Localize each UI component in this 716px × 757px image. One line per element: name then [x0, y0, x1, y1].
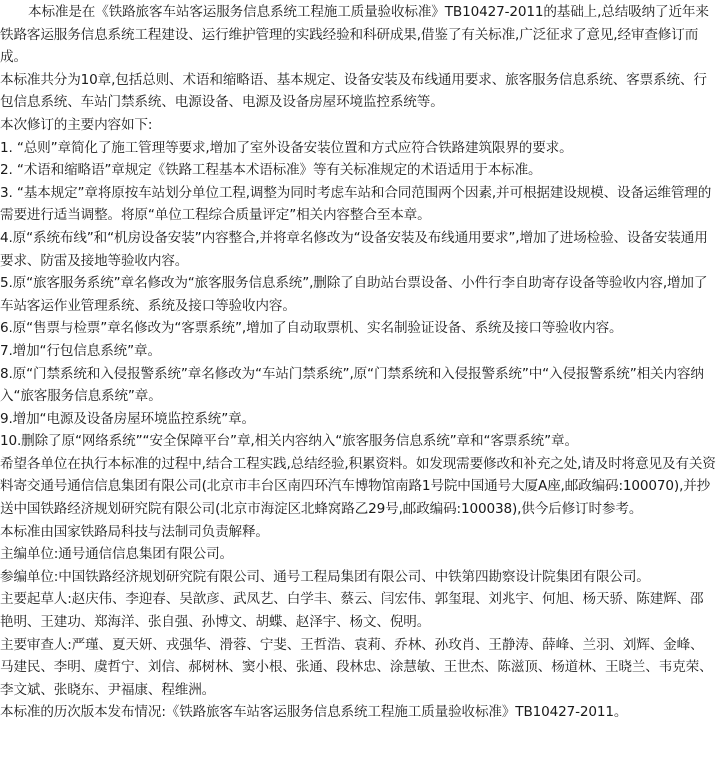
revision-item-1: 1. “总则”章简化了施工管理等要求,增加了室外设备安装位置和方式应符合铁路建筑…	[0, 137, 716, 160]
revision-item-5: 5.原“旅客服务系统”章名修改为“旅客服务信息系统”,删除了自助站台票设备、小件…	[0, 272, 716, 317]
revision-item-8: 8.原“门禁系统和入侵报警系统”章名修改为“车站门禁系统”,原“门禁系统和入侵报…	[0, 363, 716, 408]
main-reviewers: 主要审查人:严瑾、夏天妍、戎强华、滑蓉、宁斐、王哲浩、袁莉、乔林、孙玫肖、王静涛…	[0, 634, 716, 702]
revision-item-6: 6.原“售票与检票”章名修改为“客票系统”,增加了自动取票机、实名制验证设备、系…	[0, 317, 716, 340]
chapters-paragraph: 本标准共分为10章,包括总则、术语和缩略语、基本规定、设备安装及布线通用要求、旅…	[0, 69, 716, 114]
revision-heading: 本次修订的主要内容如下:	[0, 114, 716, 137]
revision-item-3: 3. “基本规定”章将原按车站划分单位工程,调整为同时考虑车站和合同范围两个因素…	[0, 182, 716, 227]
chief-editor-unit: 主编单位:通号通信信息集团有限公司。	[0, 543, 716, 566]
feedback-paragraph: 希望各单位在执行本标准的过程中,结合工程实践,总结经验,积累资料。如发现需要修改…	[0, 453, 716, 521]
revision-item-7: 7.增加“行包信息系统”章。	[0, 340, 716, 363]
revision-item-9: 9.增加“电源及设备房屋环境监控系统”章。	[0, 408, 716, 431]
main-drafters: 主要起草人:赵庆伟、李迎春、吴歆彦、武凤艺、白学丰、蔡云、闫宏伟、郭玺琨、刘兆宇…	[0, 588, 716, 633]
version-history: 本标准的历次版本发布情况:《铁路旅客车站客运服务信息系统工程施工质量验收标准》T…	[0, 701, 716, 724]
revision-item-10: 10.删除了原“网络系统”“安全保障平台”章,相关内容纳入“旅客服务信息系统”章…	[0, 430, 716, 453]
revision-item-4: 4.原“系统布线”和“机房设备安装”内容整合,并将章名修改为“设备安装及布线通用…	[0, 227, 716, 272]
revision-item-2: 2. “术语和缩略语”章规定《铁路工程基本术语标准》等有关标准规定的术语适用于本…	[0, 159, 716, 182]
participating-units: 参编单位:中国铁路经济规划研究院有限公司、通号工程局集团有限公司、中铁第四勘察设…	[0, 566, 716, 589]
interpretation-paragraph: 本标准由国家铁路局科技与法制司负责解释。	[0, 521, 716, 544]
document-body: 本标准是在《铁路旅客车站客运服务信息系统工程施工质量验收标准》TB10427-2…	[0, 0, 716, 724]
intro-paragraph: 本标准是在《铁路旅客车站客运服务信息系统工程施工质量验收标准》TB10427-2…	[0, 1, 716, 69]
